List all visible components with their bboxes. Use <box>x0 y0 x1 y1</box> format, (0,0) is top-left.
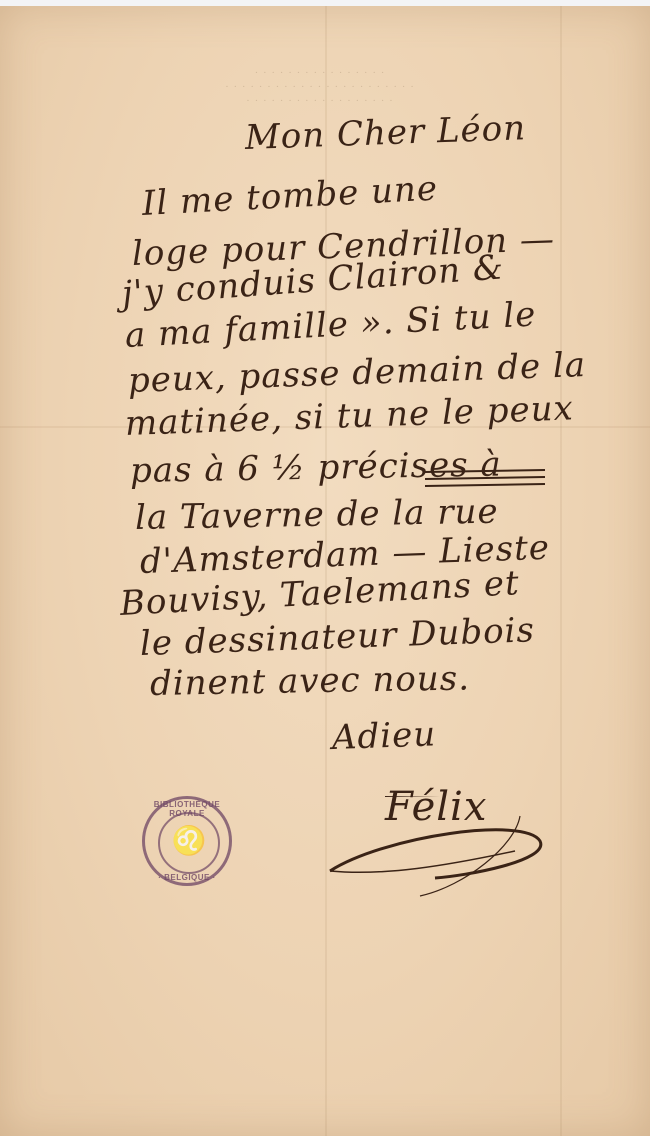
show-through-print: · · · · · · · · · · · · · · · · · · · · … <box>70 66 570 108</box>
letter-paper: · · · · · · · · · · · · · · · · · · · · … <box>0 6 650 1136</box>
body-line: dinent avec nous. <box>150 658 471 704</box>
library-stamp: BIBLIOTHÈQUE ROYALE ♌ · BELGIQUE · <box>142 796 232 886</box>
double-underline-precises <box>425 468 545 490</box>
salutation: Mon Cher Léon <box>244 108 526 158</box>
signature-flourish <box>325 796 565 906</box>
body-line: Il me tombe une <box>141 169 439 224</box>
fold-line <box>560 6 562 1136</box>
closing: Adieu <box>331 714 437 758</box>
lion-emblem-icon: ♌ <box>160 824 218 858</box>
